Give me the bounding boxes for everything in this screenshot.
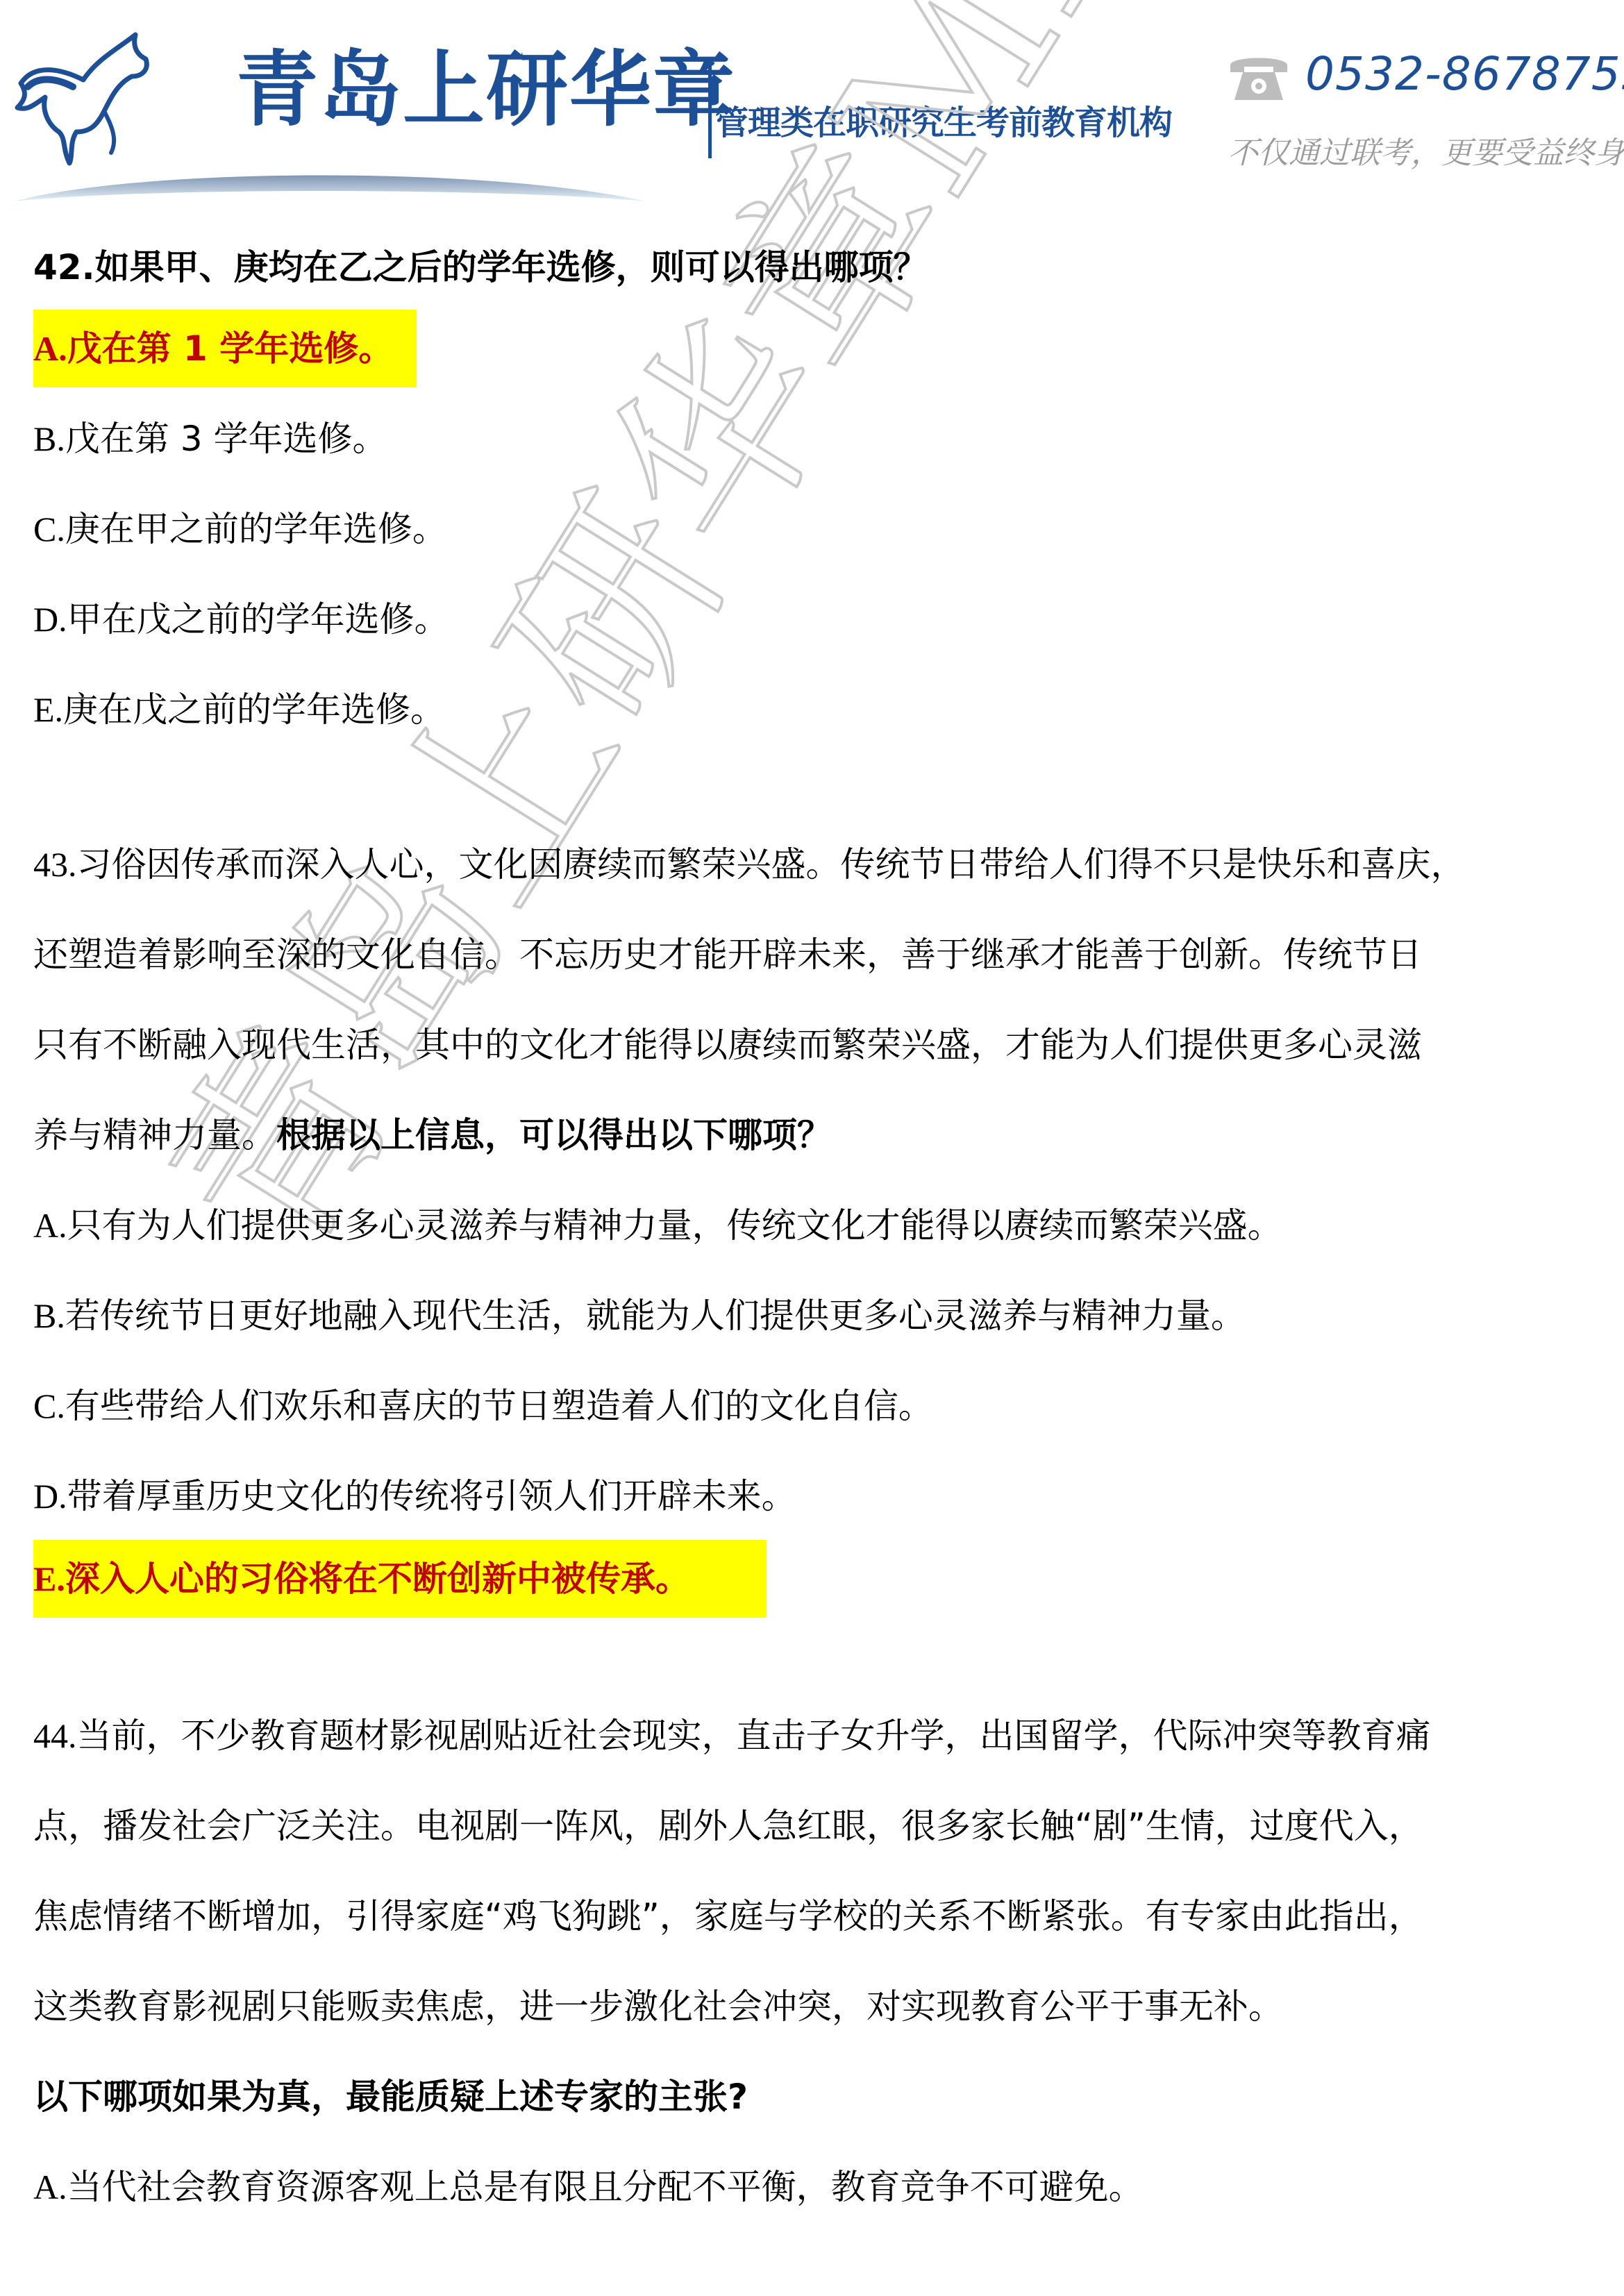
- option-d: D.带着厚重历史文化的传统将引领人们开辟未来。: [33, 1475, 796, 1517]
- passage-text: 习俗因传承而深入人心，文化因赓续而繁荣兴盛。传统节日带给人们得不只是快乐和喜庆，: [77, 844, 1466, 885]
- passage-line: 43.习俗因传承而深入人心，文化因赓续而繁荣兴盛。传统节日带给人们得不只是快乐和…: [33, 844, 1466, 885]
- question-number: 43.: [33, 845, 77, 884]
- passage-text: 当前，不少教育题材影视剧贴近社会现实，直击子女升学，出国留学，代际冲突等教育痛: [77, 1716, 1431, 1756]
- option-letter: C.: [33, 510, 65, 548]
- option-c: C.庚在甲之前的学年选修。: [33, 508, 447, 550]
- passage-text: 养与精神力量。: [33, 1115, 276, 1155]
- option-text: 有些带给人们欢乐和喜庆的节日塑造着人们的文化自信。: [65, 1386, 933, 1426]
- question-text: 如果甲、庚均在乙之后的学年选修，则可以得出哪项？: [95, 247, 928, 287]
- option-letter: A.: [33, 2168, 67, 2206]
- option-letter: D.: [33, 1477, 67, 1516]
- option-letter: B.: [33, 419, 65, 458]
- passage-line: 还塑造着影响至深的文化自信。不忘历史才能开辟未来，善于继承才能善于创新。传统节日: [33, 934, 1422, 975]
- question-prompt: 以下哪项如果为真，最能质疑上述专家的主张?: [33, 2076, 748, 2118]
- option-text: 当代社会教育资源客观上总是有限且分配不平衡，教育竞争不可避免。: [67, 2167, 1144, 2207]
- option-letter: C.: [33, 1386, 65, 1425]
- brand-name: 青岛上研华章: [236, 49, 736, 131]
- option-d: D.甲在戊之前的学年选修。: [33, 598, 449, 640]
- passage-line: 44.当前，不少教育题材影视剧贴近社会现实，直击子女升学，出国留学，代际冲突等教…: [33, 1715, 1431, 1757]
- option-e: E.庚在戊之前的学年选修。: [33, 689, 445, 730]
- option-letter: A.: [33, 329, 67, 368]
- option-b: B.戊在第 3 学年选修。: [33, 418, 387, 460]
- option-text: 若传统节日更好地融入现代生活，就能为人们提供更多心灵滋养与精神力量。: [65, 1296, 1246, 1336]
- option-letter: A.: [33, 1206, 67, 1245]
- telephone-icon: [1228, 51, 1290, 101]
- logo-swoosh-decoration: [7, 160, 653, 208]
- option-text: 甲在戊之前的学年选修。: [67, 599, 449, 639]
- option-e-correct: E.深入人心的习俗将在不断创新中被传承。: [33, 1558, 690, 1600]
- question-number: 44.: [33, 1716, 77, 1755]
- option-a: A.只有为人们提供更多心灵滋养与精神力量，传统文化才能得以赓续而繁荣兴盛。: [33, 1205, 1282, 1246]
- option-text: 带着厚重历史文化的传统将引领人们开辟未来。: [67, 1476, 796, 1516]
- passage-line: 这类教育影视剧只能贩卖焦虑，进一步激化社会冲突，对实现教育公平于事无补。: [33, 1986, 1283, 2027]
- option-text: 深入人心的习俗将在不断创新中被传承。: [65, 1559, 690, 1599]
- option-letter: D.: [33, 600, 67, 639]
- option-text: 庚在甲之前的学年选修。: [65, 509, 447, 549]
- option-a-correct: A.戊在第 1 学年选修。: [33, 328, 393, 369]
- option-text: 只有为人们提供更多心灵滋养与精神力量，传统文化才能得以赓续而繁荣兴盛。: [67, 1205, 1282, 1246]
- passage-line: 只有不断融入现代生活，其中的文化才能得以赓续而繁荣兴盛，才能为人们提供更多心灵滋: [33, 1024, 1422, 1066]
- brand-divider: [708, 61, 712, 158]
- option-letter: B.: [33, 1296, 65, 1335]
- passage-line: 焦虑情绪不断增加，引得家庭“鸡飞狗跳”，家庭与学校的关系不断紧张。有专家由此指出…: [33, 1895, 1423, 1937]
- option-text: 戊在第 3 学年选修。: [65, 419, 387, 459]
- question-prompt: 根据以上信息，可以得出以下哪项？: [276, 1115, 832, 1155]
- option-b: B.若传统节日更好地融入现代生活，就能为人们提供更多心灵滋养与精神力量。: [33, 1295, 1246, 1336]
- brand-tagline: 管理类在职研究生考前教育机构: [715, 96, 1172, 144]
- option-letter: E.: [33, 1559, 65, 1598]
- question-stem: 42.如果甲、庚均在乙之后的学年选修，则可以得出哪项？: [33, 246, 928, 288]
- phone-number: 0532-86787558: [1305, 47, 1624, 101]
- slogan: 不仅通过联考，更要受益终身: [1228, 128, 1624, 172]
- option-a: A.当代社会教育资源客观上总是有限且分配不平衡，教育竞争不可避免。: [33, 2166, 1144, 2208]
- passage-line: 点，播发社会广泛关注。电视剧一阵风，剧外人急红眼，很多家长触“剧”生情，过度代入…: [33, 1805, 1423, 1847]
- page-header: 青岛上研华章 管理类在职研究生考前教育机构 0532-86787558 不仅通过…: [0, 0, 1624, 208]
- option-text: 庚在戊之前的学年选修。: [63, 689, 445, 730]
- option-c: C.有些带给人们欢乐和喜庆的节日塑造着人们的文化自信。: [33, 1385, 933, 1427]
- horse-logo-icon: [7, 28, 215, 167]
- option-text: 戊在第 1 学年选修。: [67, 328, 394, 369]
- passage-line: 养与精神力量。根据以上信息，可以得出以下哪项？: [33, 1114, 832, 1156]
- question-number: 42.: [33, 247, 95, 287]
- option-letter: E.: [33, 690, 63, 729]
